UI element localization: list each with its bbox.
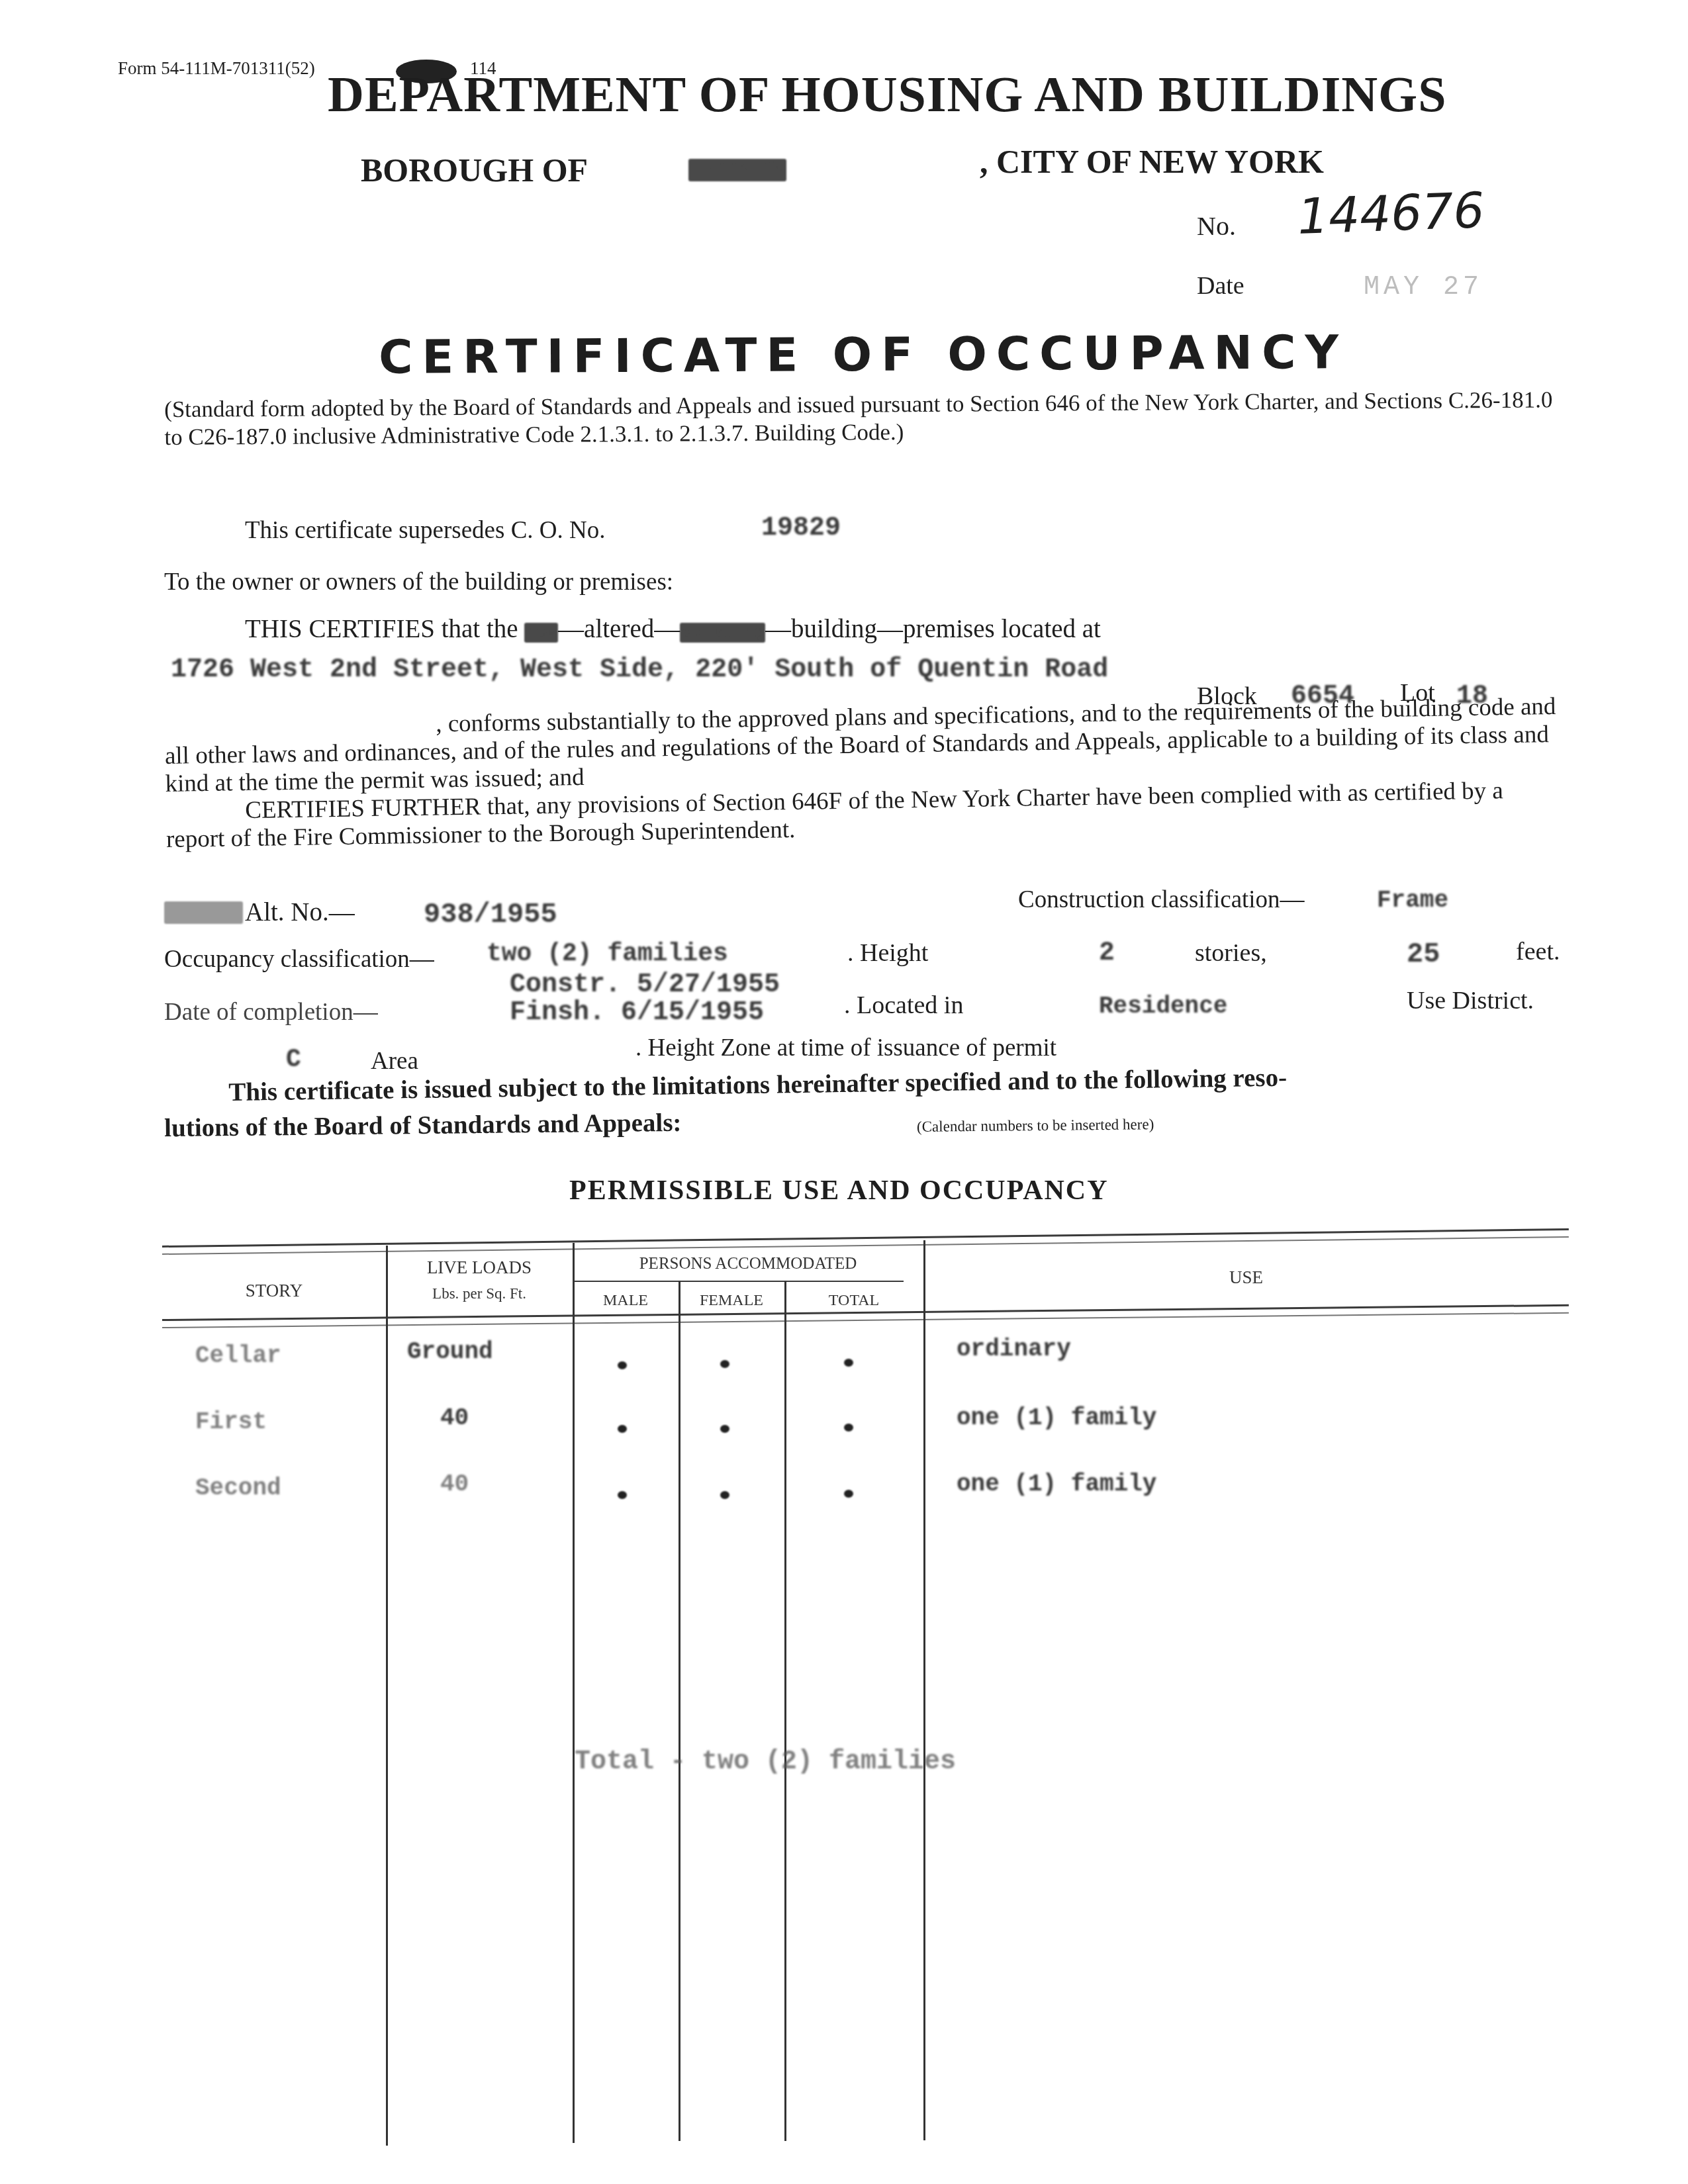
completion-date-label: Date of completion— xyxy=(164,998,378,1026)
row-live-load: 40 xyxy=(440,1404,469,1432)
stories-value: 2 xyxy=(1099,938,1115,968)
standard-form-text: (Standard form adopted by the Board of S… xyxy=(164,386,1562,451)
column-divider xyxy=(923,1240,925,2140)
certificate-number-value: 144676 xyxy=(1297,182,1485,246)
subject-text-line-2: lutions of the Board of Standards and Ap… xyxy=(164,1108,682,1143)
owner-salutation: To the owner or owners of the building o… xyxy=(164,568,673,596)
row-live-load: Ground xyxy=(407,1338,493,1365)
table-header-rule xyxy=(162,1312,1569,1328)
area-value: C xyxy=(286,1046,301,1074)
header-story: STORY xyxy=(162,1281,386,1301)
date-value: MAY 27 xyxy=(1364,273,1483,302)
row-use: one (1) family xyxy=(957,1404,1156,1432)
alt-number-label: Alt. No.— xyxy=(245,897,355,927)
row-story: Cellar xyxy=(195,1342,281,1369)
row-story: First xyxy=(195,1408,267,1435)
row-female-dash xyxy=(720,1360,729,1368)
row-total-dash xyxy=(844,1359,853,1367)
row-total-dash xyxy=(844,1424,853,1432)
header-persons-accommodated: PERSONS ACCOMMODATED xyxy=(573,1255,923,1273)
row-total-dash xyxy=(844,1490,853,1498)
occupancy-classification-label: Occupancy classification— xyxy=(164,945,434,974)
certifies-line: THIS CERTIFIES that the new—altered—exis… xyxy=(245,614,1101,644)
borough-value: BROOKLYN xyxy=(688,159,786,181)
calendar-note: (Calendar numbers to be inserted here) xyxy=(917,1116,1154,1136)
premises-address: 1726 West 2nd Street, West Side, 220' So… xyxy=(171,655,1108,685)
row-live-load: 40 xyxy=(440,1471,469,1498)
located-in-label: . Located in xyxy=(844,991,963,1020)
borough-label: BOROUGH OF xyxy=(361,151,588,189)
row-female-dash xyxy=(720,1425,729,1433)
supersedes-value: 19829 xyxy=(761,514,841,543)
struck-existing: existing xyxy=(680,623,765,643)
construction-classification-label: Construction classification— xyxy=(1018,886,1305,914)
certifies-prefix: THIS CERTIFIES that the xyxy=(245,615,518,643)
permissible-use-title: PERMISSIBLE USE AND OCCUPANCY xyxy=(569,1175,1109,1206)
row-male-dash xyxy=(618,1425,627,1433)
stories-label: stories, xyxy=(1195,938,1267,968)
supersedes-label: This certificate supersedes C. O. No. xyxy=(245,516,606,545)
column-divider xyxy=(679,1281,680,2141)
header-live-loads: LIVE LOADS xyxy=(386,1257,573,1278)
area-label: Area xyxy=(371,1047,418,1075)
height-label: . Height xyxy=(847,938,928,968)
persons-subheader-rule xyxy=(573,1281,904,1282)
department-title: DEPARTMENT OF HOUSING AND BUILDINGS xyxy=(328,66,1447,124)
column-divider xyxy=(386,1246,388,2146)
height-zone-label: . Height Zone at time of issuance of per… xyxy=(635,1034,1056,1062)
column-divider xyxy=(573,1243,575,2143)
row-male-dash xyxy=(618,1491,627,1499)
column-divider xyxy=(784,1281,786,2141)
header-total: TOTAL xyxy=(784,1292,923,1310)
use-district-value: Residence xyxy=(1099,993,1227,1020)
header-live-loads-unit: Lbs. per Sq. Ft. xyxy=(386,1285,573,1302)
use-district-label: Use District. xyxy=(1407,986,1534,1015)
construction-classification-value: Frame xyxy=(1377,887,1448,914)
city-label: , CITY OF NEW YORK xyxy=(980,142,1324,181)
header-use: USE xyxy=(923,1267,1569,1288)
certifies-suffix: —building—premises located at xyxy=(765,615,1101,643)
row-male-dash xyxy=(618,1361,627,1369)
alt-number-value: 938/1955 xyxy=(424,899,557,931)
document-title: CERTIFICATE OF OCCUPANCY xyxy=(379,325,1348,385)
row-use: ordinary xyxy=(957,1336,1071,1363)
total-occupancy-line: Total - two (2) families xyxy=(575,1747,956,1777)
row-female-dash xyxy=(720,1491,729,1499)
table-top-rule xyxy=(162,1236,1569,1255)
certificate-number-label: No. xyxy=(1197,210,1236,242)
feet-value: 25 xyxy=(1407,938,1440,970)
header-female: FEMALE xyxy=(679,1292,784,1310)
completion-date-value: Finsh. 6/15/1955 xyxy=(510,998,764,1028)
occupancy-table: STORY LIVE LOADS Lbs. per Sq. Ft. PERSON… xyxy=(162,1231,1569,2158)
conforms-paragraph: , conforms substantially to the approved… xyxy=(164,693,1563,854)
certifies-altered: —altered— xyxy=(558,615,680,643)
row-use: one (1) family xyxy=(957,1471,1156,1498)
row-story: Second xyxy=(195,1475,281,1502)
struck-new: new xyxy=(524,623,558,643)
occupancy-classification-value: two (2) families xyxy=(487,940,728,968)
construction-date: Constr. 5/27/1955 xyxy=(510,970,780,1000)
feet-label: feet. xyxy=(1516,937,1560,966)
header-male: MALE xyxy=(573,1292,679,1310)
struck-nb-prefix: N.B. xyxy=(164,901,243,924)
form-id: Form 54-111M-701311(52) xyxy=(118,58,315,79)
date-label: Date xyxy=(1197,271,1244,300)
